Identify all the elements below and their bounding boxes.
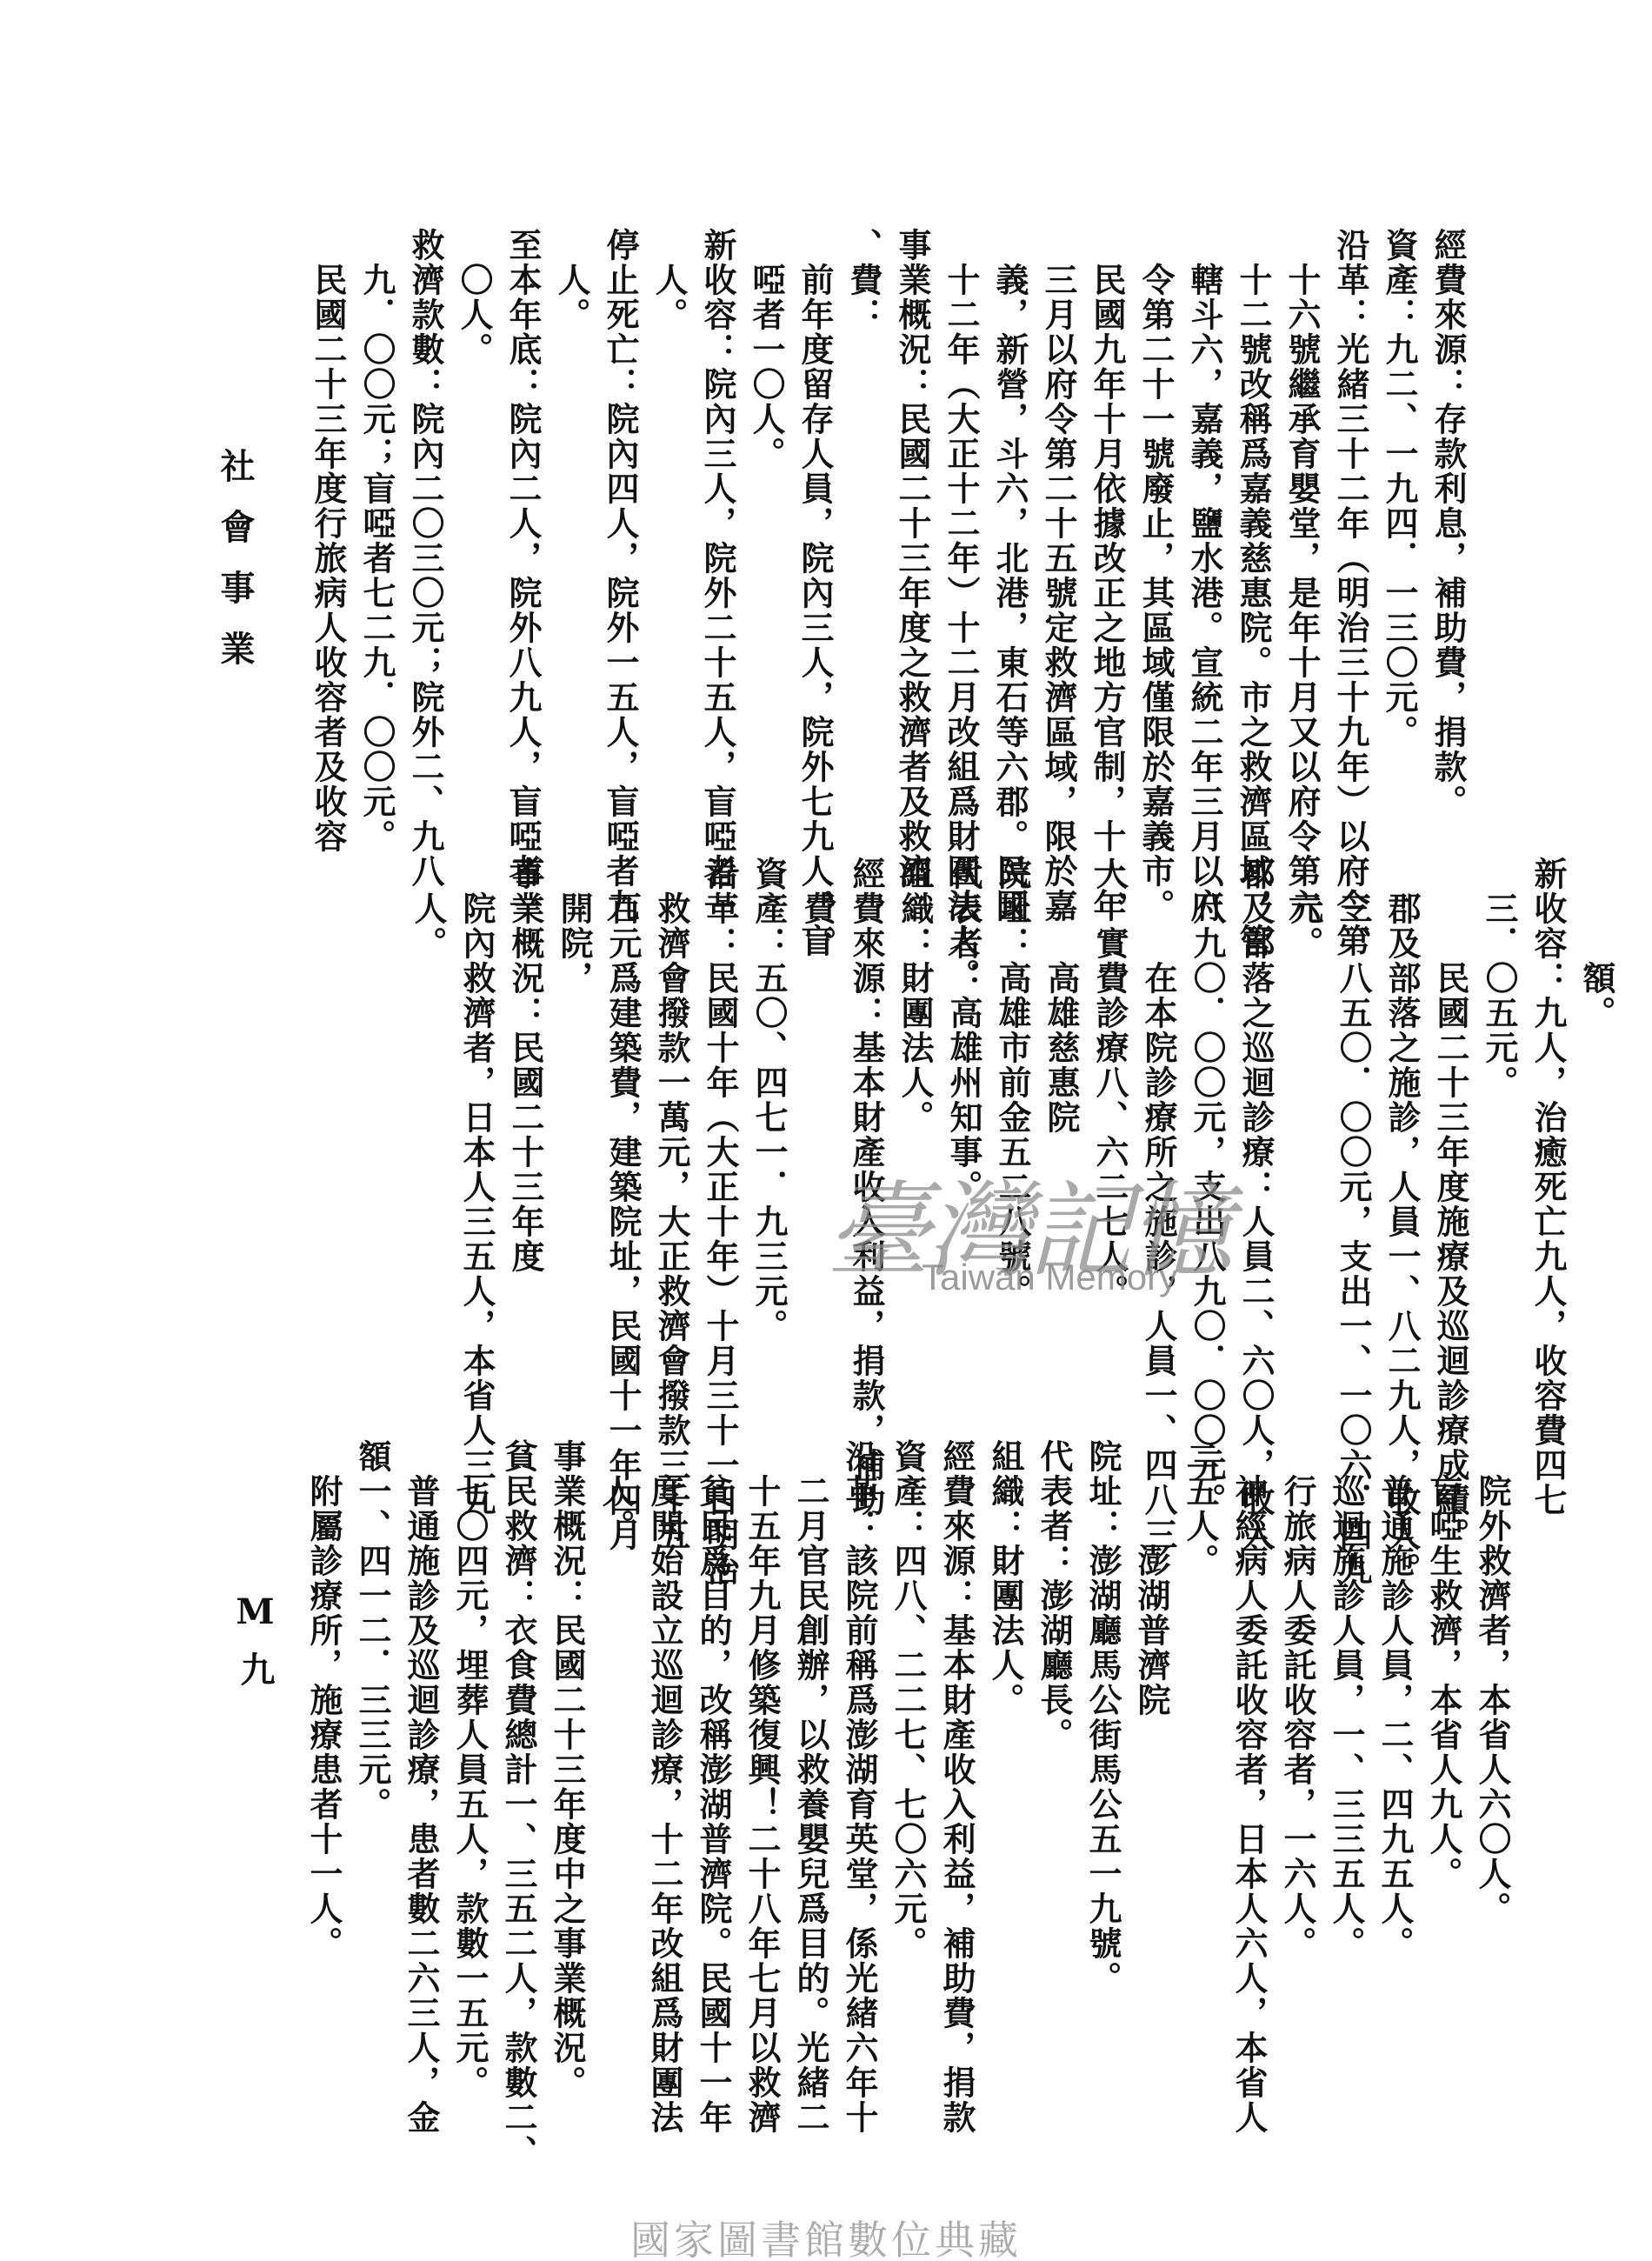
text-column: 代表者：澎湖廳長。 — [1029, 1439, 1070, 1752]
text-column: 至本年底：院內二人，院外八九人，盲啞者一 — [497, 228, 539, 924]
text-column: 七〇四元，埋葬人員五人，款數一五元。 — [444, 1439, 486, 2100]
text-column: 沿革：光緒三十二年（明治三十九年）以府令第 — [1325, 228, 1367, 958]
text-column: 令第二十一號廢止，其區域僅限於嘉義市。 — [1130, 228, 1172, 924]
section-running-head: 社會事業 — [210, 448, 260, 691]
text-column: 三．〇五元。 — [1474, 857, 1515, 1100]
text-column: 神經病人委託收容者，日本人六人，本省人 — [1223, 1439, 1265, 2135]
text-column: 事業概況：民國二十三年度 — [500, 857, 542, 1274]
text-column: 附屬診療所，施療患者十一人。 — [298, 1439, 340, 1961]
text-column: 經費來源：存款利息，補助費，捐款。 — [1422, 228, 1464, 819]
text-column: 新收容：九人，治癒死亡九人，收容費四七 — [1522, 857, 1564, 1517]
text-column: 組織：財團法人。 — [980, 1439, 1022, 1717]
text-column: 資產：九二、一九四．一三〇元。 — [1374, 228, 1416, 750]
text-column: 民國二十三年度行旅病人收容者及收容 — [303, 228, 344, 854]
text-column: 轄斗六，嘉義，鹽水港。宣統二年三月以府 — [1179, 228, 1221, 924]
text-column: 費。 — [792, 857, 834, 961]
text-column: 資產：五〇、四七一．九三元。 — [743, 857, 785, 1344]
text-column: 前年度留存人員，院內三人，院外七九人，盲 — [789, 228, 831, 958]
text-column: 九．〇〇元；盲啞者七二九．〇〇元。 — [351, 228, 393, 854]
text-column: 救濟款數：院內二〇三〇元；院外二、九八 — [400, 228, 442, 889]
text-column: 院址：澎湖廳馬公街馬公五一九號。 — [1077, 1439, 1119, 1996]
text-column: 巡迴施診人員，一、三三五人。 — [1321, 1439, 1362, 1961]
text-column: 義，新營，斗六，北港，東石等六郡。民國 — [984, 228, 1026, 924]
text-column: 資產：四八、二二七、七〇六元。 — [883, 1439, 924, 1961]
text-column: 停止死亡：院內四人，院外一五人，盲啞者九 — [595, 228, 636, 924]
text-column: 普通施診人員，二、四九五人。 — [1369, 1439, 1411, 1961]
watermark-subtitle: Taiwan Memory — [922, 1257, 1177, 1298]
text-column: 組織：財團法人。 — [889, 857, 931, 1135]
text-column: 額。 — [1571, 857, 1613, 1030]
text-column: 人。 — [643, 228, 685, 332]
text-column: 開院， — [549, 857, 590, 996]
institution-heading: 高雄慈惠院 — [1036, 857, 1077, 1135]
text-column: 經費來源：基本財產收入利益，補助費，捐款 — [931, 1439, 973, 2135]
text-band-bottom: 院外救濟者，本省人六〇人。盲啞生救濟，本省人九人。普通施診人員，二、四九五人。巡… — [291, 1439, 1509, 2170]
text-column: 事業概況：民國二十三年度之救濟者及救濟 — [887, 228, 929, 889]
text-column: 人。 — [590, 1439, 632, 1544]
footer-attribution: 國家圖書館數位典藏 — [0, 2209, 1652, 2261]
text-column: 元。 — [1279, 857, 1321, 961]
text-column: 盲啞生救濟，本省人九人。 — [1418, 1439, 1460, 1891]
text-column: 院外救濟者，本省人六〇人。 — [1467, 1439, 1509, 1926]
text-column: 貧民爲目的，改稱澎湖普濟院。民國十一年 — [688, 1439, 729, 2135]
text-column: 二五人。 — [1175, 1439, 1216, 1578]
text-column: 事業概況：民國二十三年度中之事業概況。 — [542, 1439, 583, 2100]
text-column: 、費： — [838, 228, 880, 332]
text-column: 三月以府令第二十五號定救濟區域，限於嘉 — [1033, 228, 1075, 924]
text-column: 民國九年十月依據改正之地方官制，十一年 — [1082, 228, 1123, 924]
page-number: M九 — [230, 1591, 280, 1705]
text-column: 人。 — [546, 228, 588, 332]
document-page: 社會事業 M九 經費來源：存款利息，補助費，捐款。資產：九二、一九四．一三〇元。… — [0, 0, 1652, 2261]
text-column: 行旅病人委託收容者，一六人。 — [1272, 1439, 1314, 1961]
text-column: 十五年九月修築復興！二十八年七月以救濟 — [736, 1439, 778, 2135]
text-column: 二月官民創辦，以救養嬰兒爲目的。光緒二 — [785, 1439, 827, 2135]
text-column: 啞者一〇人。 — [741, 228, 783, 471]
text-column: 院內救濟者，日本人三五人，本省人三九 — [451, 857, 493, 1517]
text-column: 十二號改稱爲嘉義慈惠院。市之救濟區域，管 — [1228, 228, 1269, 958]
text-column: 新收容：院內三人，院外二十五人，盲啞者一 — [692, 228, 734, 924]
text-column: 〇人。 — [449, 228, 490, 367]
text-column: 十六號繼承育嬰堂，是年十月又以府令第六 — [1276, 228, 1318, 924]
text-column: 人。 — [403, 857, 444, 961]
text-column: 普通施診及巡迴診療，患者數二六三人，金 — [396, 1439, 437, 2135]
institution-heading: 澎湖普濟院 — [1126, 1439, 1168, 1717]
text-column: 沿革：該院前稱爲澎湖育英堂，係光緒六年十 — [834, 1439, 876, 2135]
text-column: 額一、四一二．三三元。 — [347, 1439, 389, 1822]
text-column: 度開始設立巡迴診療，十二年改組爲財團法 — [639, 1439, 681, 2135]
text-column: 貧民救濟：衣食費總計一、三五二人，款數二、 — [493, 1439, 535, 2170]
